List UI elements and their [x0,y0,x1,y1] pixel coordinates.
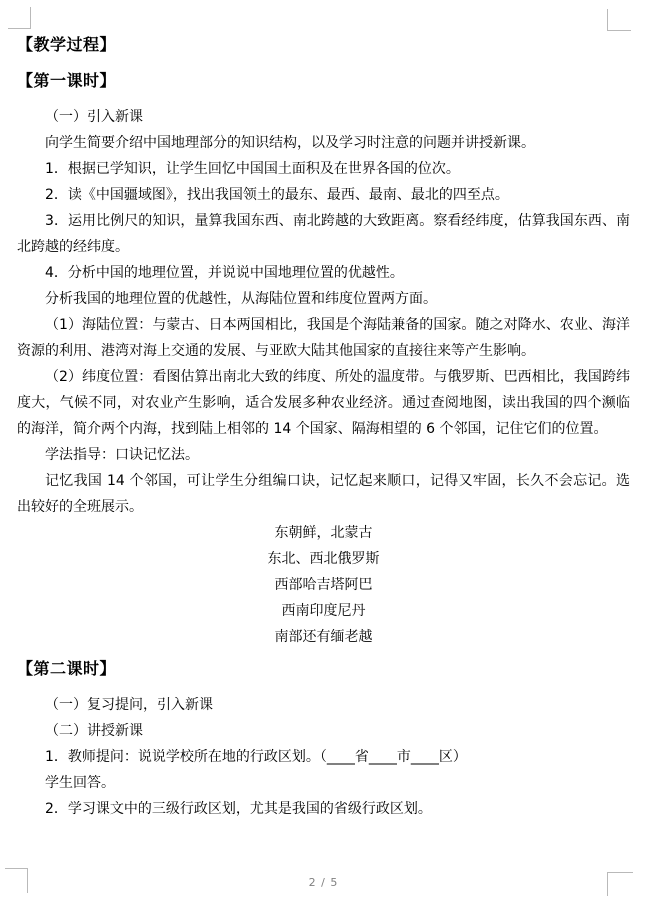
mnemonic-line: 南部还有缅老越 [17,624,630,650]
body-paragraph: （二）讲授新课 [17,718,630,744]
body-paragraph: 2．学习课文中的三级行政区划，尤其是我国的省级行政区划。 [17,796,630,822]
section-heading-teaching-process: 【教学过程】 [17,32,630,58]
body-paragraph: （2）纬度位置：看图估算出南北大致的纬度、所处的温度带。与俄罗斯、巴西相比，我国… [17,364,630,442]
document-page: 【教学过程】 【第一课时】 （一）引入新课 向学生简要介绍中国地理部分的知识结构… [0,0,647,924]
body-paragraph: 向学生简要介绍中国地理部分的知识结构，以及学习时注意的问题并讲授新课。 [17,130,630,156]
page-number: 2 / 5 [0,876,647,889]
body-paragraph: 学生回答。 [17,770,630,796]
mnemonic-line: 东朝鲜，北蒙古 [17,520,630,546]
body-paragraph: 记忆我国 14 个邻国，可让学生分组编口诀，记忆起来顺口，记得又牢固，长久不会忘… [17,468,630,520]
mnemonic-line: 西部哈吉塔阿巴 [17,572,630,598]
body-paragraph: 1．教师提问：说说学校所在地的行政区划。（____省____市____区） [17,744,630,770]
mnemonic-line: 东北、西北俄罗斯 [17,546,630,572]
body-paragraph: 4．分析中国的地理位置，并说说中国地理位置的优越性。 [17,260,630,286]
body-paragraph: （一）引入新课 [17,104,630,130]
body-paragraph: 1．根据已学知识，让学生回忆中国国土面积及在世界各国的位次。 [17,156,630,182]
body-paragraph: 3．运用比例尺的知识，量算我国东西、南北跨越的大致距离。察看经纬度，估算我国东西… [17,208,630,260]
document-body: 【教学过程】 【第一课时】 （一）引入新课 向学生简要介绍中国地理部分的知识结构… [17,26,630,822]
body-paragraph: （一）复习提问，引入新课 [17,692,630,718]
section-heading-lesson-2: 【第二课时】 [17,656,630,682]
body-paragraph: 2．读《中国疆域图》，找出我国领土的最东、最西、最南、最北的四至点。 [17,182,630,208]
body-paragraph: 分析我国的地理位置的优越性，从海陆位置和纬度位置两方面。 [17,286,630,312]
mnemonic-line: 西南印度尼丹 [17,598,630,624]
body-paragraph: 学法指导：口诀记忆法。 [17,442,630,468]
section-heading-lesson-1: 【第一课时】 [17,68,630,94]
body-paragraph: （1）海陆位置：与蒙古、日本两国相比，我国是个海陆兼备的国家。随之对降水、农业、… [17,312,630,364]
